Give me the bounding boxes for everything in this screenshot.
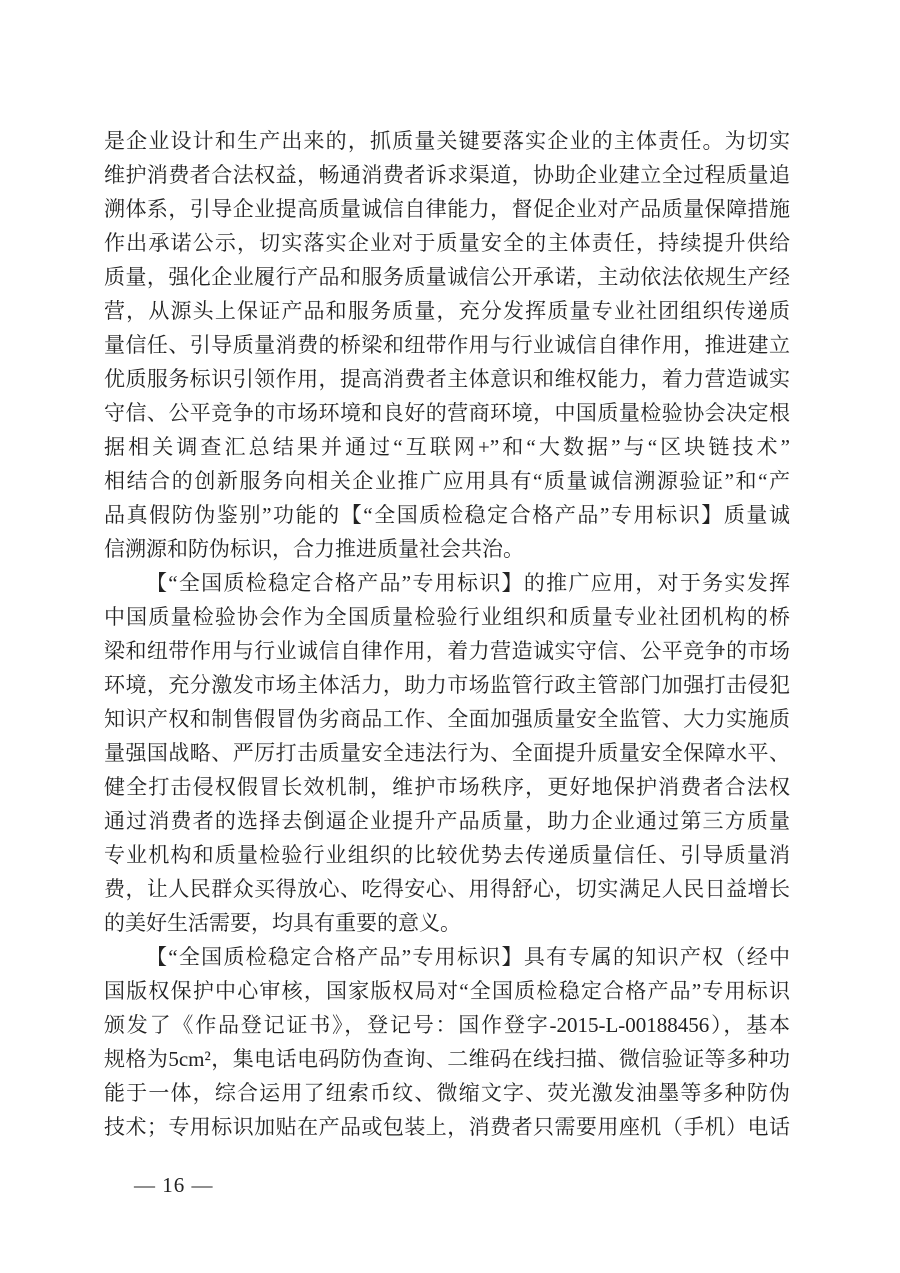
text-line: 优质服务标识引领作用，提高消费者主体意识和维权能力，着力营造诚实 [104, 362, 790, 396]
text-line: 环境，充分激发市场主体活力，助力市场监管行政主管部门加强打击侵犯 [104, 668, 790, 702]
text-line: 规格为5cm²，集电话电码防伪查询、二维码在线扫描、微信验证等多种功 [104, 1042, 790, 1076]
text-line: 中国质量检验协会作为全国质量检验行业组织和质量专业社团机构的桥 [104, 600, 790, 634]
paragraph: 【“全国质检稳定合格产品”专用标识】具有专属的知识产权（经中国版权保护中心审核，… [104, 940, 790, 1144]
text-line: 作出承诺公示，切实落实企业对于质量安全的主体责任，持续提升供给 [104, 226, 790, 260]
paragraph: 是企业设计和生产出来的，抓质量关键要落实企业的主体责任。为切实维护消费者合法权益… [104, 124, 790, 566]
text-line: 知识产权和制售假冒伪劣商品工作、全面加强质量安全监管、大力实施质 [104, 702, 790, 736]
text-line: 质量，强化企业履行产品和服务质量诚信公开承诺，主动依法依规生产经 [104, 260, 790, 294]
text-line: 【“全国质检稳定合格产品”专用标识】具有专属的知识产权（经中 [104, 940, 790, 974]
text-line: 量信任、引导质量消费的桥梁和纽带作用与行业诚信自律作用，推进建立 [104, 328, 790, 362]
text-line: 的美好生活需要，均具有重要的意义。 [104, 906, 790, 940]
text-line: 梁和纽带作用与行业诚信自律作用，着力营造诚实守信、公平竞争的市场 [104, 634, 790, 668]
text-line: 是企业设计和生产出来的，抓质量关键要落实企业的主体责任。为切实 [104, 124, 790, 158]
text-line: 费，让人民群众买得放心、吃得安心、用得舒心，切实满足人民日益增长 [104, 872, 790, 906]
text-line: 相结合的创新服务向相关企业推广应用具有“质量诚信溯源验证”和“产 [104, 464, 790, 498]
page-number-footer: — 16 — [134, 1172, 214, 1198]
text-line: 信溯源和防伪标识，合力推进质量社会共治。 [104, 532, 790, 566]
text-line: 量强国战略、严厉打击质量安全违法行为、全面提升质量安全保障水平、 [104, 736, 790, 770]
text-line: 守信、公平竞争的市场环境和良好的营商环境，中国质量检验协会决定根 [104, 396, 790, 430]
text-line: 营，从源头上保证产品和服务质量，充分发挥质量专业社团组织传递质 [104, 294, 790, 328]
document-page: 是企业设计和生产出来的，抓质量关键要落实企业的主体责任。为切实维护消费者合法权益… [0, 0, 900, 1273]
text-line: 通过消费者的选择去倒逼企业提升产品质量，助力企业通过第三方质量 [104, 804, 790, 838]
text-line: 能于一体，综合运用了纽索币纹、微缩文字、荧光激发油墨等多种防伪 [104, 1076, 790, 1110]
text-line: 专业机构和质量检验行业组织的比较优势去传递质量信任、引导质量消 [104, 838, 790, 872]
text-line: 国版权保护中心审核，国家版权局对“全国质检稳定合格产品”专用标识 [104, 974, 790, 1008]
text-line: 颁发了《作品登记证书》，登记号：国作登字-2015-L-00188456），基本 [104, 1008, 790, 1042]
text-line: 品真假防伪鉴别”功能的【“全国质检稳定合格产品”专用标识】质量诚 [104, 498, 790, 532]
text-line: 【“全国质检稳定合格产品”专用标识】的推广应用，对于务实发挥 [104, 566, 790, 600]
paragraph: 【“全国质检稳定合格产品”专用标识】的推广应用，对于务实发挥中国质量检验协会作为… [104, 566, 790, 940]
text-line: 健全打击侵权假冒长效机制，维护市场秩序，更好地保护消费者合法权益， [104, 770, 790, 804]
text-line: 溯体系，引导企业提高质量诚信自律能力，督促企业对产品质量保障措施 [104, 192, 790, 226]
text-line: 据相关调查汇总结果并通过“互联网+”和“大数据”与“区块链技术” [104, 430, 790, 464]
text-line: 维护消费者合法权益，畅通消费者诉求渠道，协助企业建立全过程质量追 [104, 158, 790, 192]
text-line: 技术；专用标识加贴在产品或包装上，消费者只需要用座机（手机）电话 [104, 1110, 790, 1144]
page-number: — 16 — [134, 1173, 214, 1197]
document-body: 是企业设计和生产出来的，抓质量关键要落实企业的主体责任。为切实维护消费者合法权益… [104, 124, 790, 1144]
